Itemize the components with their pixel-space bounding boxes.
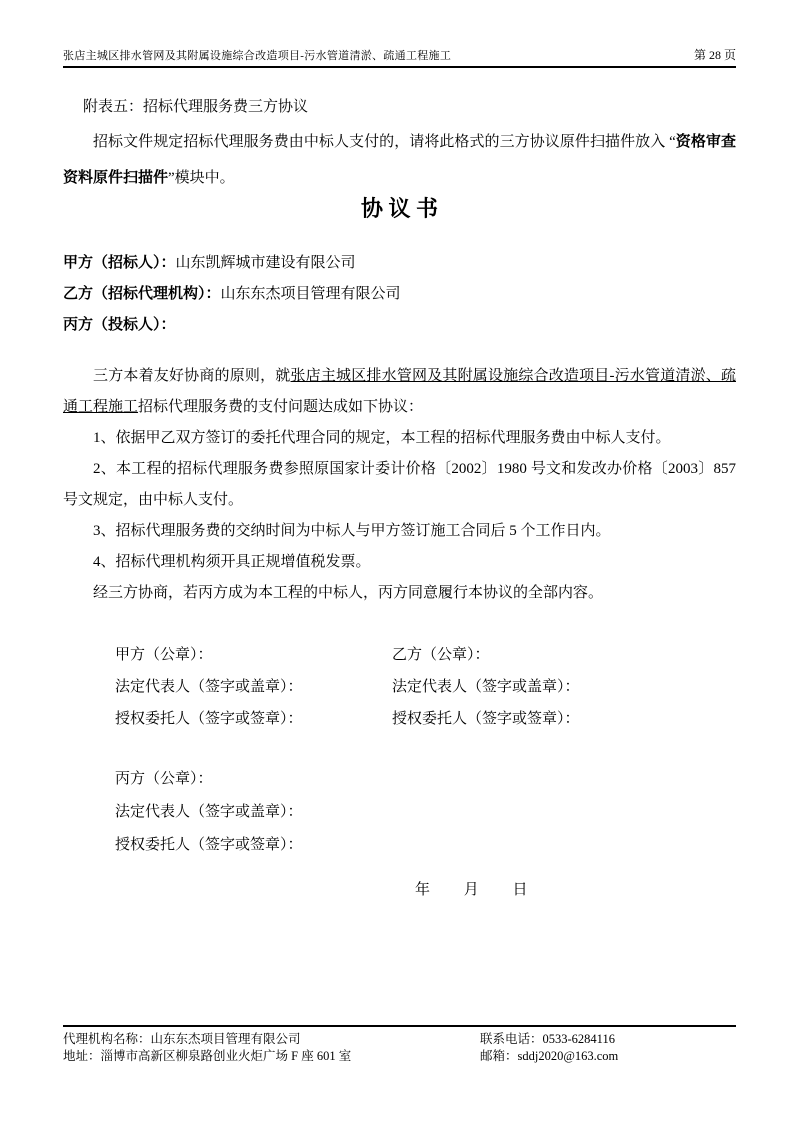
signature-section-ab: 甲方（公章）： 乙方（公章）： 法定代表人（签字或盖章）： 法定代表人（签字或盖… bbox=[63, 639, 736, 735]
intro-paragraph: 招标文件规定招标代理服务费由中标人支付的，请将此格式的三方协议原件扫描件放入 “… bbox=[63, 124, 736, 196]
party-c-line: 丙方（投标人）： bbox=[63, 310, 736, 341]
footer-agency-name: 代理机构名称：山东东杰项目管理有限公司 bbox=[63, 1031, 480, 1048]
parties-section: 甲方（招标人）：山东凯辉城市建设有限公司 乙方（招标代理机构）：山东东杰项目管理… bbox=[63, 248, 736, 341]
clause-4: 4、招标代理机构须开具正规增值税发票。 bbox=[63, 547, 736, 578]
header-project-title: 张店主城区排水管网及其附属设施综合改造项目-污水管道清淤、疏通工程施工 bbox=[63, 47, 451, 63]
party-b-label: 乙方（招标代理机构）： bbox=[63, 286, 221, 302]
party-b-seal-label: 乙方（公章）： bbox=[392, 639, 490, 671]
footer-email: 邮箱：sddj2020@163.com bbox=[480, 1048, 736, 1065]
party-a-legal-rep-label: 法定代表人（签字或盖章）： bbox=[115, 671, 392, 703]
party-b-legal-rep-label: 法定代表人（签字或盖章）： bbox=[392, 671, 580, 703]
party-b-name: 山东东杰项目管理有限公司 bbox=[221, 286, 401, 302]
party-b-agent-label: 授权委托人（签字或签章）： bbox=[392, 703, 580, 735]
page-footer: 代理机构名称：山东东杰项目管理有限公司 地址：淄博市高新区柳泉路创业火炬广场 F… bbox=[63, 1025, 736, 1065]
party-c-agent-label: 授权委托人（签字或签章）： bbox=[115, 829, 736, 862]
clause-3: 3、招标代理服务费的交纳时间为中标人与甲方签订施工合同后 5 个工作日内。 bbox=[63, 516, 736, 547]
intro-suffix: ”模块中。 bbox=[168, 170, 235, 186]
party-c-seal-label: 丙方（公章）： bbox=[115, 763, 736, 796]
document-body: 附表五：招标代理服务费三方协议 招标文件规定招标代理服务费由中标人支付的，请将此… bbox=[63, 96, 736, 904]
date-line: 年 月 日 bbox=[415, 876, 736, 904]
signature-row-legal-rep: 法定代表人（签字或盖章）： 法定代表人（签字或盖章）： bbox=[63, 671, 736, 703]
date-month-label: 月 bbox=[464, 876, 479, 904]
header-page-number: 第 28 页 bbox=[694, 46, 736, 63]
appendix-title: 附表五：招标代理服务费三方协议 bbox=[83, 96, 736, 118]
date-day-label: 日 bbox=[513, 876, 528, 904]
date-year-label: 年 bbox=[415, 876, 430, 904]
party-a-label: 甲方（招标人）： bbox=[63, 255, 176, 271]
document-page: 张店主城区排水管网及其附属设施综合改造项目-污水管道清淤、疏通工程施工 第 28… bbox=[0, 0, 793, 1122]
preamble-paragraph: 三方本着友好协商的原则，就张店主城区排水管网及其附属设施综合改造项目-污水管道清… bbox=[63, 361, 736, 423]
signature-row-authorized-agent: 授权委托人（签字或签章）： 授权委托人（签字或签章）： bbox=[63, 703, 736, 735]
preamble-prefix: 三方本着友好协商的原则，就 bbox=[93, 368, 290, 384]
party-c-label: 丙方（投标人）： bbox=[63, 317, 176, 333]
signature-section-c: 丙方（公章）： 法定代表人（签字或盖章）： 授权委托人（签字或签章）： bbox=[63, 763, 736, 862]
footer-right-column: 联系电话：0533-6284116 邮箱：sddj2020@163.com bbox=[480, 1031, 736, 1065]
footer-address: 地址：淄博市高新区柳泉路创业火炬广场 F 座 601 室 bbox=[63, 1048, 480, 1065]
agreement-title: 协 议 书 bbox=[63, 196, 736, 222]
signature-row-seal: 甲方（公章）： 乙方（公章）： bbox=[63, 639, 736, 671]
party-b-line: 乙方（招标代理机构）：山东东杰项目管理有限公司 bbox=[63, 279, 736, 310]
party-c-legal-rep-label: 法定代表人（签字或盖章）： bbox=[115, 796, 736, 829]
party-a-seal-label: 甲方（公章）： bbox=[115, 639, 392, 671]
party-a-name: 山东凯辉城市建设有限公司 bbox=[176, 255, 356, 271]
intro-prefix: 招标文件规定招标代理服务费由中标人支付的，请将此格式的三方协议原件扫描件放入 “ bbox=[93, 134, 676, 150]
clause-1: 1、依据甲乙双方签订的委托代理合同的规定，本工程的招标代理服务费由中标人支付。 bbox=[63, 423, 736, 454]
party-a-agent-label: 授权委托人（签字或签章）： bbox=[115, 703, 392, 735]
footer-phone: 联系电话：0533-6284116 bbox=[480, 1031, 736, 1048]
footer-left-column: 代理机构名称：山东东杰项目管理有限公司 地址：淄博市高新区柳泉路创业火炬广场 F… bbox=[63, 1031, 480, 1065]
closing-statement: 经三方协商，若丙方成为本工程的中标人，丙方同意履行本协议的全部内容。 bbox=[63, 578, 736, 609]
preamble-suffix: 招标代理服务费的支付问题达成如下协议： bbox=[138, 399, 423, 415]
page-header: 张店主城区排水管网及其附属设施综合改造项目-污水管道清淤、疏通工程施工 第 28… bbox=[63, 46, 736, 68]
party-a-line: 甲方（招标人）：山东凯辉城市建设有限公司 bbox=[63, 248, 736, 279]
clause-2: 2、本工程的招标代理服务费参照原国家计委计价格〔2002〕1980 号文和发改办… bbox=[63, 454, 736, 516]
